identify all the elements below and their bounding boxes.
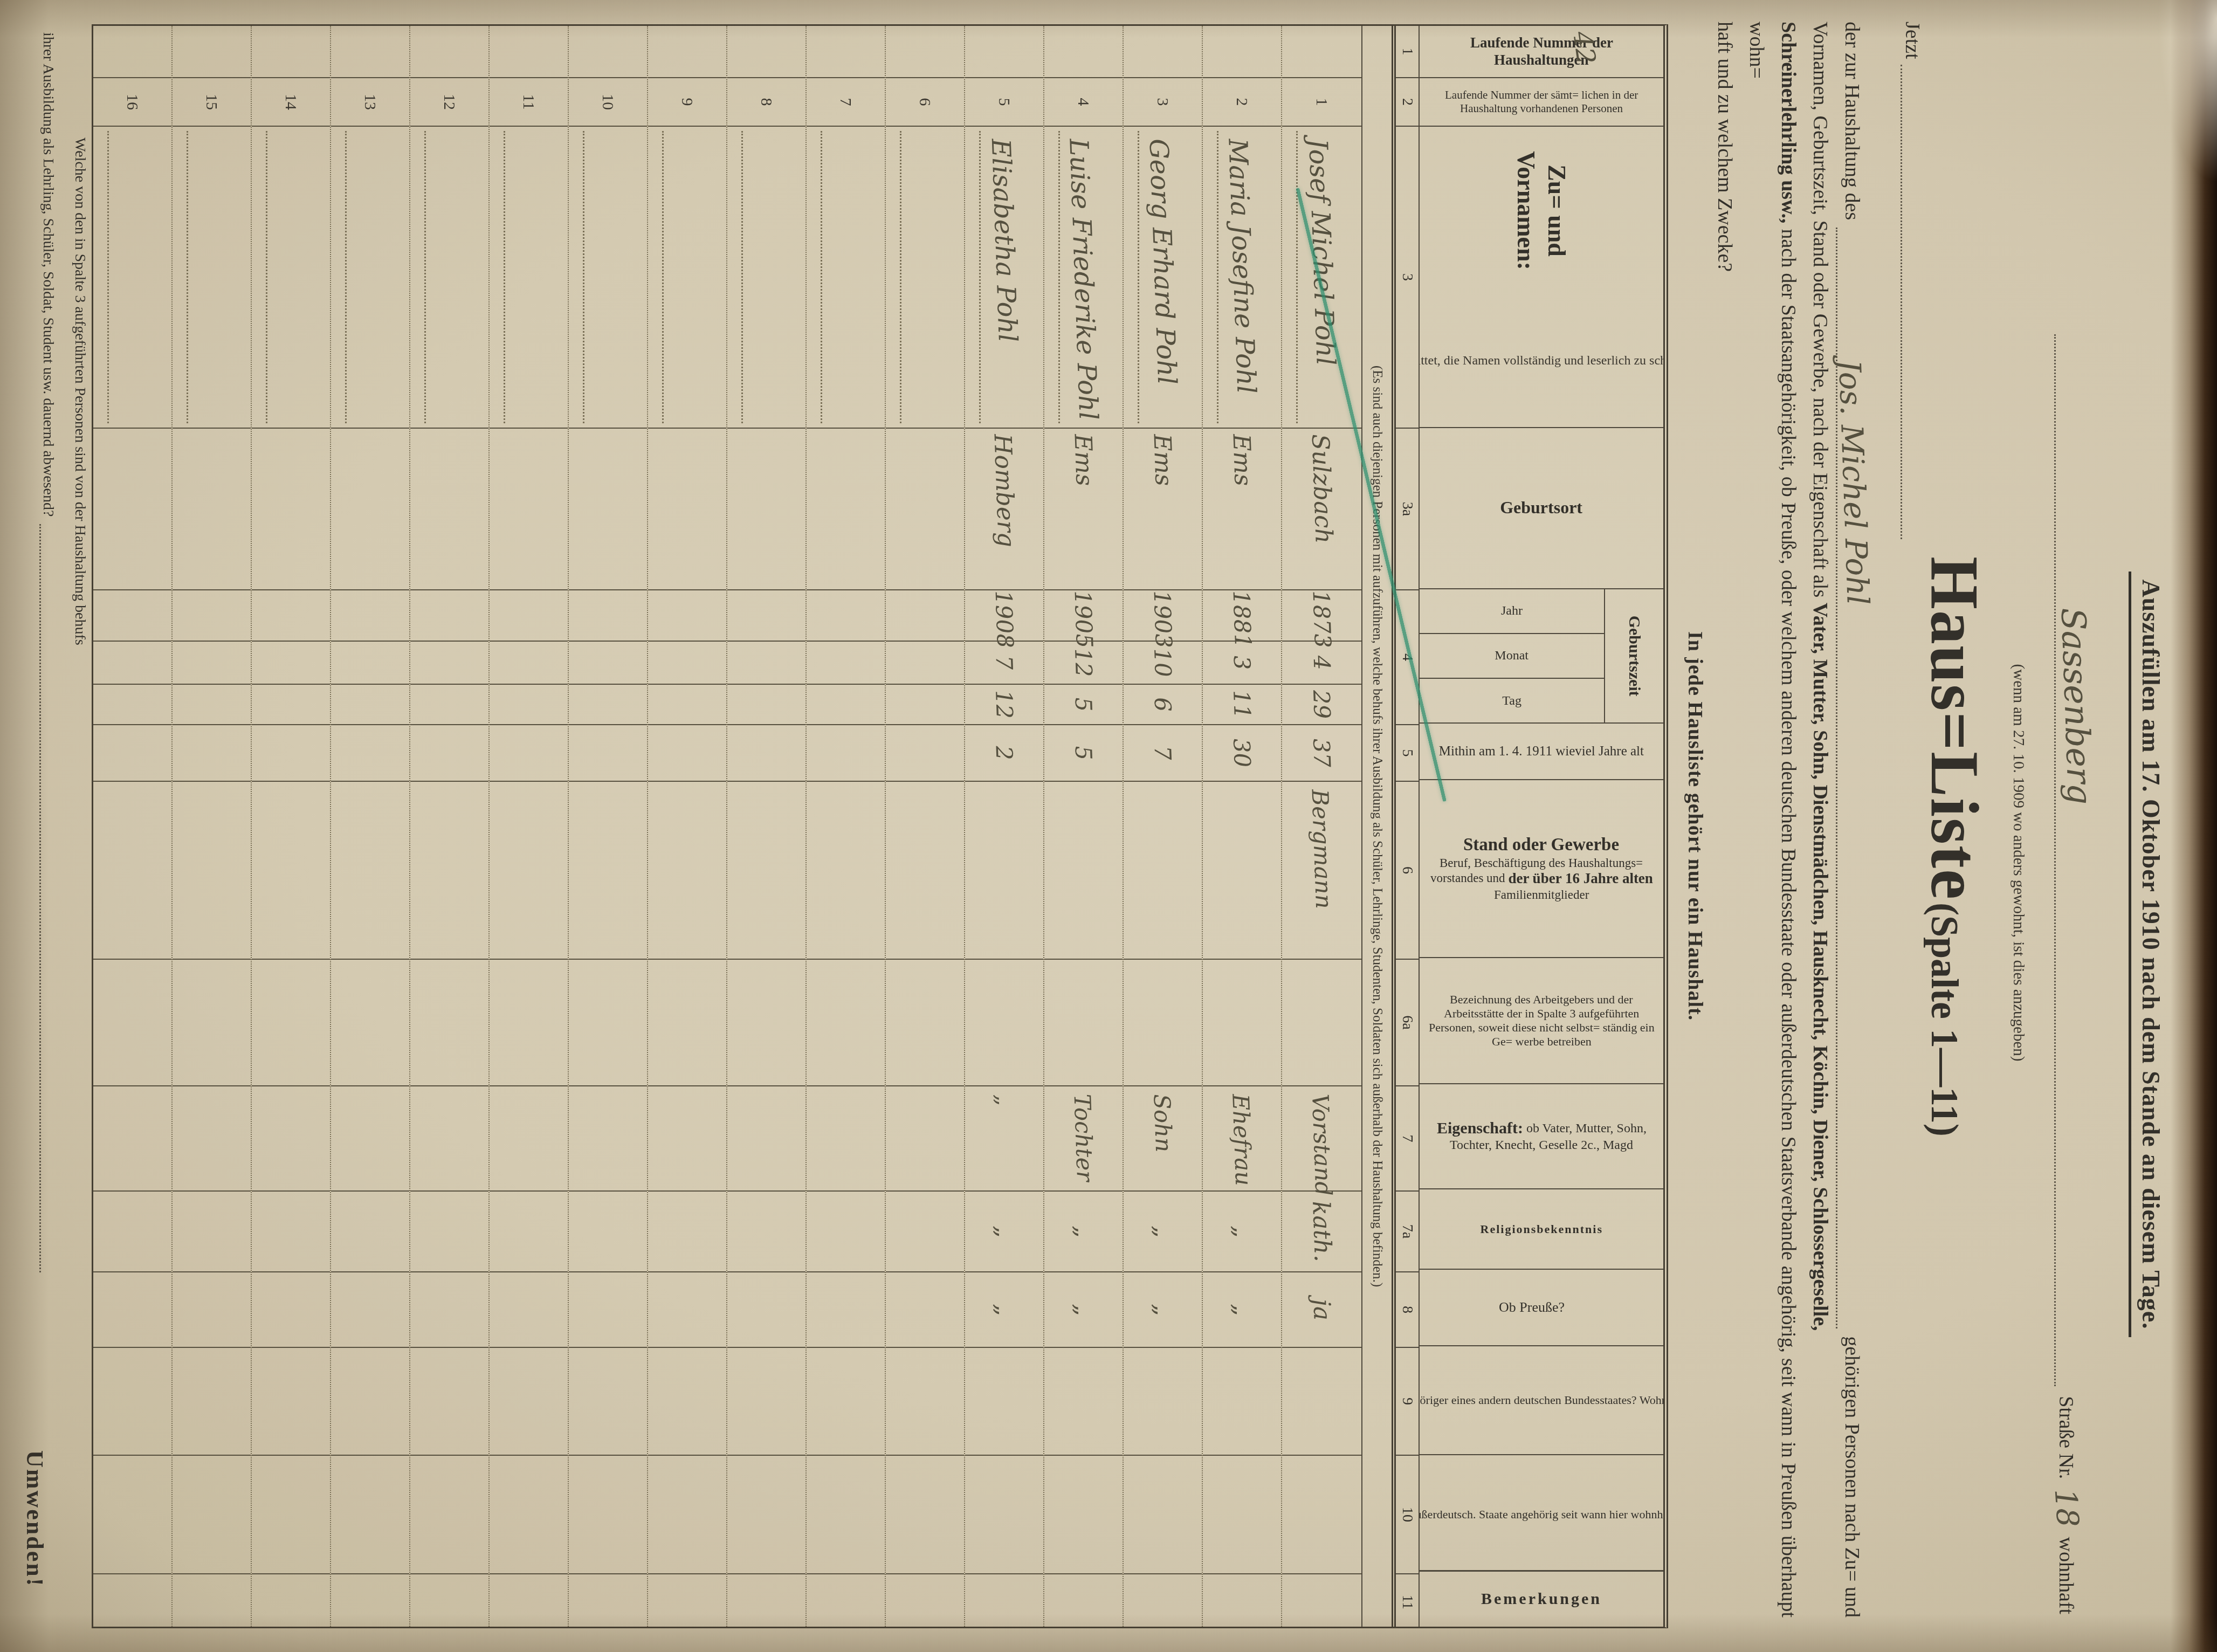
cell-geburtsort — [410, 428, 488, 589]
cell-arbeitgeber — [1044, 959, 1123, 1085]
wohnhaft-label: wohnhaft — [2054, 1537, 2078, 1614]
cell-monat — [410, 641, 488, 684]
cell-alter: 2 — [965, 724, 1043, 781]
cell-person-number: 13 — [331, 77, 409, 126]
cell-jahr — [648, 589, 726, 641]
column-header-4-subcolumns: Jahr Monat Tag — [1420, 589, 1604, 722]
column-header-6-text2: Familienmitglieder — [1494, 888, 1589, 901]
cell-stand-gewerbe — [1044, 781, 1123, 959]
cell-monat: 3 — [1203, 641, 1281, 684]
cell-bundesstaat — [569, 1347, 647, 1455]
cell-monat: 10 — [1124, 641, 1202, 684]
cell-arbeitgeber — [93, 959, 171, 1085]
cell-ob-preusse: „ — [965, 1271, 1043, 1347]
column-header-6-text-bold: der über 16 Jahre alten — [1508, 870, 1653, 886]
single-household-note: In jede Hausliste gehört nur ein Haushal… — [1683, 0, 1707, 1652]
cell-auslaender — [410, 1455, 488, 1573]
colnum-6a: 6a — [1396, 959, 1419, 1085]
page-title: Haus=Liste (Spalte 1—11) — [1915, 280, 1993, 1413]
cell-name: Luise Friederike Pohl — [1044, 126, 1123, 428]
cell-household-number — [173, 26, 251, 77]
cell-stand-gewerbe — [490, 781, 568, 959]
jetzt-label: Jetzt — [1901, 22, 1924, 59]
cell-person-number: 15 — [173, 77, 251, 126]
table-row: 10 — [569, 26, 648, 1627]
cell-geburtsort — [807, 428, 885, 589]
cell-alter: 37 — [1282, 724, 1361, 781]
cell-tag — [252, 684, 330, 724]
column-header-10: ob Ausländer? Welchem außerdeutsch. Staa… — [1420, 1454, 1663, 1570]
cell-monat — [173, 641, 251, 684]
cell-person-number: 10 — [569, 77, 647, 126]
cell-name — [252, 126, 330, 428]
cell-ob-preusse — [886, 1271, 964, 1347]
cell-stand-gewerbe — [886, 781, 964, 959]
cell-ob-preusse — [252, 1271, 330, 1347]
place-name-script: Sassenberg — [2054, 607, 2100, 806]
cell-monat: 4 — [1282, 641, 1361, 684]
cell-arbeitgeber — [648, 959, 726, 1085]
cell-bemerkungen — [965, 1573, 1043, 1630]
cell-monat — [727, 641, 805, 684]
cell-geburtsort — [490, 428, 568, 589]
subheader-jahr: Jahr — [1420, 589, 1604, 633]
column-header-1: Laufende Nummer der Haushaltungen — [1420, 26, 1663, 77]
cell-religion — [93, 1190, 171, 1271]
column-header-8: Ob Preuße? — [1420, 1270, 1663, 1345]
cell-religion: kath. — [1282, 1190, 1361, 1271]
cell-bundesstaat — [93, 1347, 171, 1455]
table-row: 3 Georg Erhard Pohl Ems 1903 10 6 7 Sohn… — [1124, 26, 1203, 1627]
column-header-11-label: Bemerkungen — [1481, 1589, 1602, 1608]
cell-bundesstaat — [1044, 1347, 1123, 1455]
column-header-2: Laufende Nummer der sämt= lichen in der … — [1420, 77, 1663, 126]
cell-bundesstaat — [490, 1347, 568, 1455]
cell-geburtsort — [93, 428, 171, 589]
cell-household-number — [886, 26, 964, 77]
cell-arbeitgeber — [886, 959, 964, 1085]
cell-name — [410, 126, 488, 428]
cell-jahr — [807, 589, 885, 641]
cell-arbeitgeber — [410, 959, 488, 1085]
table-row: 1 Josef Michel Pohl Sulzbach 1873 4 29 3… — [1282, 26, 1361, 1627]
cell-tag — [727, 684, 805, 724]
cell-bundesstaat — [1203, 1347, 1281, 1455]
table-row: 5 Elisabetha Pohl Homberg 1908 7 12 2 „ … — [965, 26, 1044, 1627]
table-row: 7 — [807, 26, 886, 1627]
column-header-3-line1: Zu= und — [1541, 164, 1573, 257]
cell-tag — [807, 684, 885, 724]
page-corner-curl — [2158, 0, 2217, 183]
turn-over-note: Umwenden! — [21, 1450, 49, 1587]
form-headline-text: Auszufüllen am 17. Oktober 1910 nach dem… — [2129, 572, 2165, 1337]
cell-arbeitgeber — [490, 959, 568, 1085]
column-header-6a-label: Bezeichnung des Arbeitgebers und der Arb… — [1424, 993, 1659, 1049]
cell-stand-gewerbe — [727, 781, 805, 959]
cell-religion — [648, 1190, 726, 1271]
cell-person-number: 9 — [648, 77, 726, 126]
cell-person-number: 16 — [93, 77, 171, 126]
cell-tag — [569, 684, 647, 724]
column-number-strip: 1 2 3 3a 4 5 6 6a 7 7a 8 9 10 11 — [1392, 26, 1420, 1627]
cell-household-number — [1203, 26, 1281, 77]
cell-ob-preusse: ja — [1282, 1271, 1361, 1347]
colnum-2: 2 — [1396, 77, 1419, 126]
cell-religion: „ — [1203, 1190, 1281, 1271]
cell-stand-gewerbe — [648, 781, 726, 959]
cell-stand-gewerbe — [965, 781, 1043, 959]
cell-jahr: 1905 — [1044, 589, 1123, 641]
cell-arbeitgeber — [727, 959, 805, 1085]
cell-jahr: 1903 — [1124, 589, 1202, 641]
cell-auslaender — [727, 1455, 805, 1573]
column-header-group-8-10: Staatsangehörigkeit Ob Preuße? ob Angehö… — [1420, 1269, 1663, 1570]
cell-alter — [331, 724, 409, 781]
cell-eigenschaft — [886, 1085, 964, 1190]
cell-religion — [252, 1190, 330, 1271]
cell-monat — [648, 641, 726, 684]
cell-jahr — [569, 589, 647, 641]
preamble-line-2: Vornamen, Geburtszeit, Stand oder Gewerb… — [1804, 22, 1836, 1617]
cell-bemerkungen — [331, 1573, 409, 1630]
table-row: 4 Luise Friederike Pohl Ems 1905 12 5 5 … — [1044, 26, 1124, 1627]
cell-bundesstaat — [410, 1347, 488, 1455]
cell-geburtsort — [331, 428, 409, 589]
cell-religion — [569, 1190, 647, 1271]
cell-household-number — [807, 26, 885, 77]
cell-household-number — [727, 26, 805, 77]
page-number-script: 42 — [1567, 29, 1601, 66]
cell-name — [648, 126, 726, 428]
table-row: 13 — [331, 26, 410, 1627]
cell-stand-gewerbe — [1124, 781, 1202, 959]
colnum-5: 5 — [1396, 724, 1419, 781]
cell-arbeitgeber — [1124, 959, 1202, 1085]
cell-household-number — [648, 26, 726, 77]
cell-eigenschaft — [173, 1085, 251, 1190]
cell-person-number: 5 — [965, 77, 1043, 126]
cell-bundesstaat — [1282, 1347, 1361, 1455]
column-header-6-label: Stand oder Gewerbe Beruf, Beschäftigung … — [1424, 835, 1659, 902]
cell-household-number — [331, 26, 409, 77]
cell-monat — [252, 641, 330, 684]
cell-ob-preusse — [410, 1271, 488, 1347]
cell-name: Georg Erhard Pohl — [1124, 126, 1202, 428]
preamble-l1-pre: der zur Haushaltung des — [1836, 22, 1868, 220]
cell-arbeitgeber — [1282, 959, 1361, 1085]
cell-ob-preusse: „ — [1203, 1271, 1281, 1347]
cell-ob-preusse — [173, 1271, 251, 1347]
cell-person-number: 6 — [886, 77, 964, 126]
cell-household-number — [1044, 26, 1123, 77]
cell-jahr — [727, 589, 805, 641]
cell-jahr — [410, 589, 488, 641]
page-title-main: Haus=Liste — [1917, 556, 1992, 900]
street-number-script: 18 — [2048, 1488, 2085, 1529]
cell-auslaender — [331, 1455, 409, 1573]
cell-ob-preusse: „ — [1044, 1271, 1123, 1347]
cell-household-number — [965, 26, 1043, 77]
cell-eigenschaft — [727, 1085, 805, 1190]
cell-eigenschaft: Sohn — [1124, 1085, 1202, 1190]
cell-person-number: 12 — [410, 77, 488, 126]
cell-alter — [569, 724, 647, 781]
cell-religion: „ — [965, 1190, 1043, 1271]
cell-ob-preusse — [727, 1271, 805, 1347]
cell-jahr — [252, 589, 330, 641]
street-label: Straße Nr. — [2054, 1396, 2078, 1479]
form-headline: Auszufüllen am 17. Oktober 1910 nach dem… — [2129, 291, 2165, 1617]
cell-eigenschaft — [648, 1085, 726, 1190]
table-body: 1 Josef Michel Pohl Sulzbach 1873 4 29 3… — [93, 26, 1361, 1627]
cell-eigenschaft — [569, 1085, 647, 1190]
table-header: Laufende Nummer der Haushaltungen Laufen… — [1420, 26, 1663, 1627]
cell-monat — [490, 641, 568, 684]
address-blank-line: Sassenberg — [2054, 334, 2087, 1386]
cell-jahr — [331, 589, 409, 641]
householder-name-script: Jos. Michel Pohl — [1833, 359, 1874, 605]
cell-bemerkungen — [886, 1573, 964, 1630]
cell-jahr — [173, 589, 251, 641]
footer-question-line-1: Welche von den in Spalte 3 aufgeführten … — [71, 137, 88, 645]
column-header-7-label: Eigenschaft: ob Vater, Mutter, Sohn, Toc… — [1424, 1119, 1659, 1153]
householder-blank: Jos. Michel Pohl — [1836, 228, 1865, 1329]
cell-person-number: 7 — [807, 77, 885, 126]
cell-bundesstaat — [173, 1347, 251, 1455]
cell-household-number — [569, 26, 647, 77]
cell-bundesstaat — [331, 1347, 409, 1455]
cell-auslaender — [252, 1455, 330, 1573]
table-row: 12 — [410, 26, 490, 1627]
cell-tag — [886, 684, 964, 724]
cell-tag — [173, 684, 251, 724]
cell-name — [886, 126, 964, 428]
preamble-l2-bold: Vater, Mutter, Sohn, Dienstmädchen, Haus… — [1809, 603, 1832, 1331]
book-gutter-shadow — [2171, 0, 2217, 1652]
cell-name: Maria Josefine Pohl — [1203, 126, 1281, 428]
cell-stand-gewerbe — [1203, 781, 1281, 959]
cell-ob-preusse: „ — [1124, 1271, 1202, 1347]
cell-tag: 29 — [1282, 684, 1361, 724]
cell-tag — [648, 684, 726, 724]
cell-bemerkungen — [252, 1573, 330, 1630]
cell-person-number: 4 — [1044, 77, 1123, 126]
cell-ob-preusse — [490, 1271, 568, 1347]
cell-arbeitgeber — [252, 959, 330, 1085]
cell-eigenschaft — [410, 1085, 488, 1190]
cell-arbeitgeber — [1203, 959, 1281, 1085]
cell-stand-gewerbe — [252, 781, 330, 959]
cell-person-number: 3 — [1124, 77, 1202, 126]
cell-tag — [93, 684, 171, 724]
cell-bemerkungen — [1203, 1573, 1281, 1630]
cell-arbeitgeber — [331, 959, 409, 1085]
preamble-l2-text: Vornamen, Geburtszeit, Stand oder Gewerb… — [1809, 22, 1832, 597]
cell-religion: „ — [1124, 1190, 1202, 1271]
column-header-3-note-text: Man bittet, die Namen vollständig und le… — [1420, 353, 1663, 368]
cell-bundesstaat — [727, 1347, 805, 1455]
cell-eigenschaft: Vorstand — [1282, 1085, 1361, 1190]
cell-household-number — [1282, 26, 1361, 77]
cell-jahr — [490, 589, 568, 641]
column-header-3a: Geburtsort — [1420, 427, 1663, 588]
cell-stand-gewerbe — [331, 781, 409, 959]
cell-bemerkungen — [569, 1573, 647, 1630]
cell-alter — [807, 724, 885, 781]
cell-stand-gewerbe — [569, 781, 647, 959]
cell-religion — [490, 1190, 568, 1271]
cell-eigenschaft — [807, 1085, 885, 1190]
column-header-11: Bemerkungen — [1420, 1570, 1663, 1627]
cell-household-number — [252, 26, 330, 77]
cell-name: Josef Michel Pohl — [1282, 126, 1361, 428]
cell-religion — [727, 1190, 805, 1271]
cell-eigenschaft: „ — [965, 1085, 1043, 1190]
cell-tag: 11 — [1203, 684, 1281, 724]
cell-arbeitgeber — [173, 959, 251, 1085]
cell-auslaender — [490, 1455, 568, 1573]
cell-name — [727, 126, 805, 428]
colnum-8: 8 — [1396, 1271, 1419, 1347]
cell-monat — [569, 641, 647, 684]
cell-auslaender — [807, 1455, 885, 1573]
footer-question-line-2-text: ihrer Ausbildung als Lehrling, Schüler, … — [39, 32, 57, 517]
cell-household-number — [93, 26, 171, 77]
cell-tag: 6 — [1124, 684, 1202, 724]
cell-monat: 7 — [965, 641, 1043, 684]
footer-answer-blank — [39, 524, 59, 1272]
column-header-9: ob Angehöriger eines andern deutschen Bu… — [1420, 1345, 1663, 1454]
colnum-1: 1 — [1396, 26, 1419, 77]
subheader-monat: Monat — [1420, 633, 1604, 678]
column-header-6a: Bezeichnung des Arbeitgebers und der Arb… — [1420, 957, 1663, 1084]
cell-person-number: 14 — [252, 77, 330, 126]
cell-tag: 5 — [1044, 684, 1123, 724]
cell-monat — [93, 641, 171, 684]
cell-bemerkungen — [807, 1573, 885, 1630]
include-note-row: (Es sind auch diejenigen Personen mit au… — [1361, 26, 1392, 1627]
cell-geburtsort: Ems — [1203, 428, 1281, 589]
cell-bundesstaat — [965, 1347, 1043, 1455]
cell-geburtsort: Homberg — [965, 428, 1043, 589]
colnum-7a: 7a — [1396, 1190, 1419, 1271]
cell-religion — [807, 1190, 885, 1271]
cell-geburtsort — [252, 428, 330, 589]
table-row: 14 — [252, 26, 331, 1627]
cell-religion — [173, 1190, 251, 1271]
column-header-3-main: Zu= und Vornamen: — [1511, 127, 1573, 295]
cell-monat — [331, 641, 409, 684]
column-header-3: Zu= und Vornamen: Man bittet, die Namen … — [1420, 126, 1663, 427]
cell-household-number — [490, 26, 568, 77]
cell-monat — [807, 641, 885, 684]
cell-geburtsort — [886, 428, 964, 589]
preamble-line-3: Schreinerlehrling usw., nach der Staatsa… — [1740, 22, 1804, 1617]
cell-eigenschaft: Ehefrau — [1203, 1085, 1281, 1190]
table-row: 9 — [648, 26, 727, 1627]
cell-auslaender — [1282, 1455, 1361, 1573]
cell-ob-preusse — [807, 1271, 885, 1347]
subheader-tag: Tag — [1420, 678, 1604, 722]
cell-alter — [886, 724, 964, 781]
cell-name — [331, 126, 409, 428]
cell-tag — [490, 684, 568, 724]
cell-bemerkungen — [1124, 1573, 1202, 1630]
cell-geburtsort: Ems — [1044, 428, 1123, 589]
cell-stand-gewerbe — [93, 781, 171, 959]
cell-household-number — [410, 26, 488, 77]
cell-jahr — [93, 589, 171, 641]
cell-person-number: 11 — [490, 77, 568, 126]
column-header-4-label: Geburtszeit — [1604, 589, 1663, 722]
preamble-l1-post: gehörigen Personen nach Zu= und — [1836, 1336, 1868, 1617]
cell-stand-gewerbe — [807, 781, 885, 959]
group-8-10-subcolumns: Ob Preuße? ob Angehöriger eines andern d… — [1420, 1270, 1663, 1570]
cell-eigenschaft — [490, 1085, 568, 1190]
footer-question-line-2: ihrer Ausbildung als Lehrling, Schüler, … — [39, 32, 59, 1272]
cell-bundesstaat — [886, 1347, 964, 1455]
cell-bemerkungen — [490, 1573, 568, 1630]
cell-arbeitgeber — [569, 959, 647, 1085]
cell-person-number: 8 — [727, 77, 805, 126]
colnum-3: 3 — [1396, 126, 1419, 428]
column-header-4: Geburtszeit Jahr Monat Tag — [1420, 588, 1663, 722]
colnum-7: 7 — [1396, 1085, 1419, 1190]
cell-auslaender — [886, 1455, 964, 1573]
cell-tag: 12 — [965, 684, 1043, 724]
cell-alter: 5 — [1044, 724, 1123, 781]
colnum-9: 9 — [1396, 1347, 1419, 1455]
column-header-3a-label: Geburtsort — [1500, 498, 1583, 518]
cell-bundesstaat — [807, 1347, 885, 1455]
cell-geburtsort — [569, 428, 647, 589]
cell-religion: „ — [1044, 1190, 1123, 1271]
preamble-line-1: der zur Haushaltung des Jos. Michel Pohl… — [1836, 22, 1868, 1617]
colnum-6: 6 — [1396, 781, 1419, 959]
table-row: 16 — [93, 26, 173, 1627]
cell-arbeitgeber — [807, 959, 885, 1085]
cell-name — [807, 126, 885, 428]
cell-household-number — [1124, 26, 1202, 77]
cell-bundesstaat — [1124, 1347, 1202, 1455]
scanned-page: Auszufüllen am 17. Oktober 1910 nach dem… — [0, 0, 2217, 1652]
cell-stand-gewerbe — [410, 781, 488, 959]
cell-bemerkungen — [648, 1573, 726, 1630]
cell-stand-gewerbe — [173, 781, 251, 959]
cell-bemerkungen — [173, 1573, 251, 1630]
colnum-10: 10 — [1396, 1455, 1419, 1573]
cell-eigenschaft — [331, 1085, 409, 1190]
cell-eigenschaft: Tochter — [1044, 1085, 1123, 1190]
cell-ob-preusse — [93, 1271, 171, 1347]
colnum-11: 11 — [1396, 1573, 1419, 1630]
cell-auslaender — [93, 1455, 171, 1573]
cell-geburtsort: Ems — [1124, 428, 1202, 589]
cell-religion — [410, 1190, 488, 1271]
cell-auslaender — [173, 1455, 251, 1573]
cell-stand-gewerbe: Bergmann — [1282, 781, 1361, 959]
cell-alter — [252, 724, 330, 781]
cell-auslaender — [1044, 1455, 1123, 1573]
cell-alter — [93, 724, 171, 781]
relocation-note: (wenn am 27. 10. 1909 wo anders gewohnt,… — [2009, 512, 2027, 1213]
cell-alter — [727, 724, 805, 781]
cell-tag — [331, 684, 409, 724]
cell-bemerkungen — [1282, 1573, 1361, 1630]
cell-bemerkungen — [1044, 1573, 1123, 1630]
preamble-l3-bold: Schreinerlehrling usw., — [1777, 22, 1800, 224]
column-header-6-bold: Stand oder Gewerbe — [1463, 835, 1619, 855]
